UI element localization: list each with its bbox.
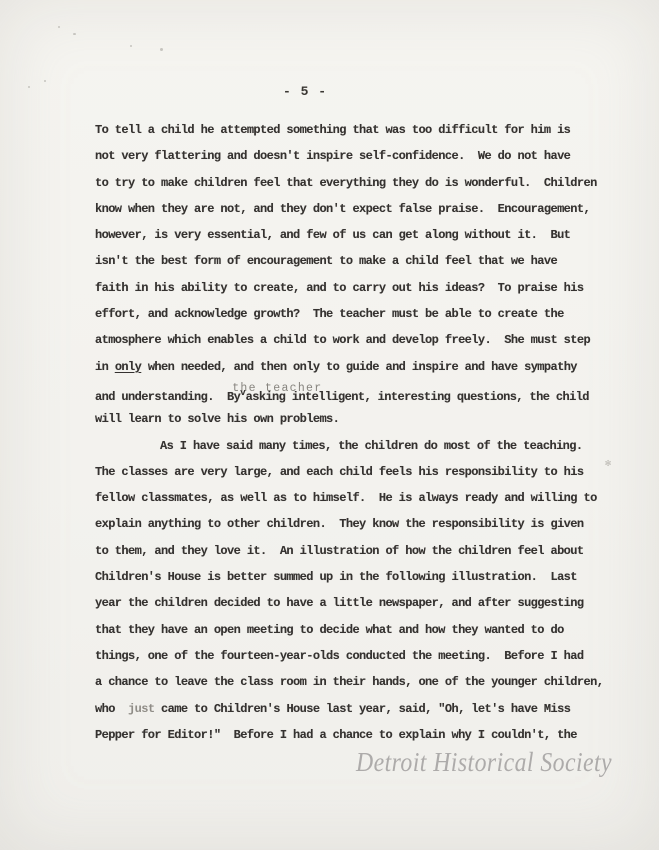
text-segment: a chance to leave the class room in thei… — [95, 675, 603, 689]
text-segment: isn't the best form of encouragement to … — [95, 254, 557, 268]
text-segment: just — [128, 702, 154, 716]
text-line: year the children decided to have a litt… — [95, 590, 635, 616]
text-segment: atmosphere which enables a child to work… — [95, 333, 590, 347]
text-segment: in — [95, 360, 115, 374]
text-segment: Pepper for Editor!" Before I had a chanc… — [95, 728, 577, 742]
text-line: isn't the best form of encouragement to … — [95, 248, 635, 274]
text-segment: when needed, and then only to guide and … — [141, 360, 577, 374]
text-segment: know when they are not, and they don't e… — [95, 202, 590, 216]
text-line: to them, and they love it. An illustrati… — [95, 538, 635, 564]
text-line: things, one of the fourteen-year-olds co… — [95, 643, 635, 669]
text-segment: fellow classmates, as well as to himself… — [95, 491, 597, 505]
text-line: fellow classmates, as well as to himself… — [95, 485, 635, 511]
text-line: will learn to solve his own problems. — [95, 406, 635, 432]
text-line: a chance to leave the class room in thei… — [95, 669, 635, 695]
text-segment: As I have said many times, the children … — [160, 439, 582, 453]
text-line: Pepper for Editor!" Before I had a chanc… — [95, 722, 635, 748]
text-line: however, is very essential, and few of u… — [95, 222, 635, 248]
text-segment: came to Children's House last year, said… — [154, 702, 570, 716]
text-segment: only — [115, 360, 141, 374]
scan-speck — [44, 80, 46, 82]
text-line: effort, and acknowledge growth? The teac… — [95, 301, 635, 327]
text-line: not very flattering and doesn't inspire … — [95, 143, 635, 169]
text-line: Children's House is better summed up in … — [95, 564, 635, 590]
text-segment: to try to make children feel that everyt… — [95, 176, 597, 190]
scan-speck — [58, 26, 60, 28]
text-line: who just came to Children's House last y… — [95, 696, 635, 722]
text-line: The classes are very large, and each chi… — [95, 459, 635, 485]
text-line: and understanding. Bythe teachervasking … — [95, 380, 635, 406]
text-segment: things, one of the fourteen-year-olds co… — [95, 649, 584, 663]
text-segment: year the children decided to have a litt… — [95, 596, 584, 610]
margin-mark: ✻ — [605, 458, 611, 470]
text-line: to try to make children feel that everyt… — [95, 170, 635, 196]
text-line: atmosphere which enables a child to work… — [95, 327, 635, 353]
document-page: - 5 - To tell a child he attempted somet… — [0, 0, 659, 850]
text-line: faith in his ability to create, and to c… — [95, 275, 635, 301]
scan-speck — [130, 45, 132, 47]
text-segment: not very flattering and doesn't inspire … — [95, 149, 570, 163]
watermark: Detroit Historical Society — [356, 747, 612, 778]
text-segment: explain anything to other children. They… — [95, 517, 584, 531]
text-segment: To tell a child he attempted something t… — [95, 123, 570, 137]
text-segment: and understanding. By — [95, 390, 240, 404]
scan-speck — [160, 48, 163, 51]
scan-speck — [73, 33, 76, 35]
typewritten-text: To tell a child he attempted something t… — [95, 117, 635, 748]
text-line: To tell a child he attempted something t… — [95, 117, 635, 143]
scan-speck — [28, 86, 30, 88]
text-line: As I have said many times, the children … — [95, 433, 635, 459]
text-segment: however, is very essential, and few of u… — [95, 228, 570, 242]
page-number: - 5 - — [283, 84, 327, 99]
text-segment: to them, and they love it. An illustrati… — [95, 544, 584, 558]
text-segment: who — [95, 702, 128, 716]
text-segment: that they have an open meeting to decide… — [95, 623, 564, 637]
text-line: in only when needed, and then only to gu… — [95, 354, 635, 380]
text-segment: will learn to solve his own problems. — [95, 412, 339, 426]
text-line: that they have an open meeting to decide… — [95, 617, 635, 643]
text-segment: Children's House is better summed up in … — [95, 570, 577, 584]
text-segment: effort, and acknowledge growth? The teac… — [95, 307, 564, 321]
text-line: know when they are not, and they don't e… — [95, 196, 635, 222]
text-segment: The classes are very large, and each chi… — [95, 465, 584, 479]
text-segment: faith in his ability to create, and to c… — [95, 281, 584, 295]
text-line: explain anything to other children. They… — [95, 511, 635, 537]
